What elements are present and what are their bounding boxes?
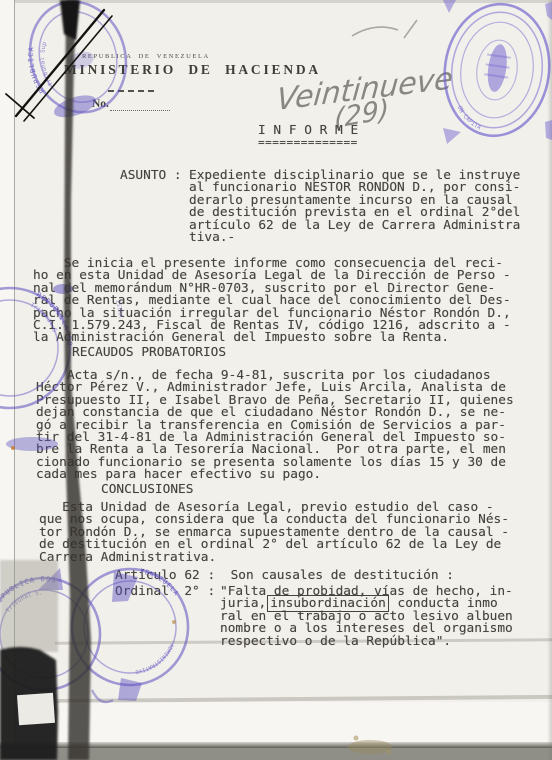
letterhead-divider [108,90,154,92]
report-title-underline: ============== [258,137,358,149]
document-number-label: No. [92,98,109,110]
document-number-blank [110,110,170,111]
intro-paragraph: Se inicia el presente informe como conse… [33,258,511,345]
recaudos-heading: RECAUDOS PROBATORIOS [72,347,226,359]
asunto-label: ASUNTO : [120,170,182,182]
conclusiones-heading: CONCLUSIONES [101,484,193,496]
ordinal-label: Ordinal 2° : [115,586,215,598]
document-text-layer: REPUBLICA DE VENEZUELA MINISTERIO DE HAC… [0,0,552,760]
scanned-document-page: REPUBLICA DE VENEZUELA MINISTERIO DE HAC… [0,0,552,760]
recaudos-paragraph: Acta s/n., de fecha 9-4-81, suscrita por… [36,370,514,482]
conclusiones-paragraph: Esta Unidad de Asesoría Legal, previo es… [39,502,509,564]
asunto-body: Expediente disciplinario que se le instr… [189,170,520,244]
letterhead-ministry: MINISTERIO DE HACIENDA [64,62,321,78]
ordinal-quote: "Falta de probidad, vías de hecho, in- j… [220,586,530,648]
articulo-line: Artículo 62 : Son causales de destitució… [115,570,454,582]
letterhead-country: REPUBLICA DE VENEZUELA [82,53,210,60]
